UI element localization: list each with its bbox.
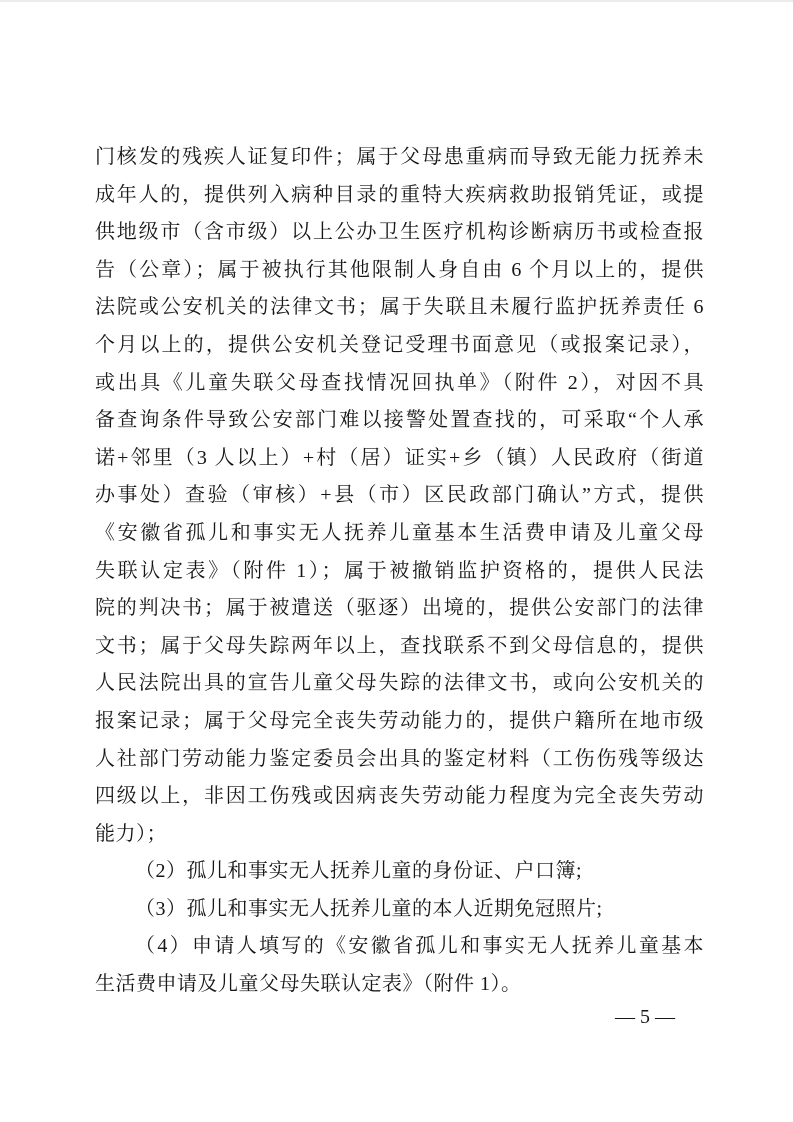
body-line: 生活费申请及儿童父母失联认定表》（附件 1）。 (95, 966, 704, 1004)
body-line: 告（公章）；属于被执行其他限制人身自由 6 个月以上的，提供 (95, 252, 704, 290)
body-line: 诺+邻里（3 人以上）+村（居）证实+乡（镇）人民政府（街道 (95, 440, 704, 478)
body-line: 人民法院出具的宣告儿童父母失踪的法律文书，或向公安机关的 (95, 665, 704, 703)
body-line: 院的判决书；属于被遣送（驱逐）出境的，提供公安部门的法律 (95, 590, 704, 628)
body-line: 文书；属于父母失踪两年以上，查找联系不到父母信息的，提供 (95, 628, 704, 666)
body-text-block: 门核发的残疾人证复印件；属于父母患重病而导致无能力抚养未 成年人的，提供列入病种… (95, 139, 704, 1004)
body-line-item-4: （4）申请人填写的《安徽省孤儿和事实无人抚养儿童基本 (95, 928, 704, 966)
body-line: 供地级市（含市级）以上公办卫生医疗机构诊断病历书或检查报 (95, 214, 704, 252)
scan-edge-line (0, 0, 793, 2)
body-line: 成年人的，提供列入病种目录的重特大疾病救助报销凭证，或提 (95, 177, 704, 215)
body-line: 办事处）查验（审核）+县（市）区民政部门确认”方式，提供 (95, 477, 704, 515)
body-line: 能力）； (95, 816, 704, 854)
body-line: 人社部门劳动能力鉴定委员会出具的鉴定材料（工伤伤残等级达 (95, 741, 704, 779)
body-line: 或出具《儿童失联父母查找情况回执单》（附件 2），对因不具 (95, 365, 704, 403)
body-line: 四级以上，非因工伤残或因病丧失劳动能力程度为完全丧失劳动 (95, 778, 704, 816)
body-line: 报案记录；属于父母完全丧失劳动能力的，提供户籍所在地市级 (95, 703, 704, 741)
body-line: 《安徽省孤儿和事实无人抚养儿童基本生活费申请及儿童父母 (95, 515, 704, 553)
body-line: 个月以上的，提供公安机关登记受理书面意见（或报案记录）， (95, 327, 704, 365)
body-line: 备查询条件导致公安部门难以接警处置查找的，可采取“个人承 (95, 402, 704, 440)
body-line-item-2: （2）孤儿和事实无人抚养儿童的身份证、户口簿; (95, 853, 704, 891)
body-line: 法院或公安机关的法律文书；属于失联且未履行监护抚养责任 6 (95, 289, 704, 327)
body-line: 失联认定表》（附件 1）；属于被撤销监护资格的，提供人民法 (95, 553, 704, 591)
page-number: — 5 — (0, 1002, 675, 1032)
body-line: 门核发的残疾人证复印件；属于父母患重病而导致无能力抚养未 (95, 139, 704, 177)
body-line-item-3: （3）孤儿和事实无人抚养儿童的本人近期免冠照片; (95, 891, 704, 929)
document-page: 门核发的残疾人证复印件；属于父母患重病而导致无能力抚养未 成年人的，提供列入病种… (0, 0, 793, 1122)
